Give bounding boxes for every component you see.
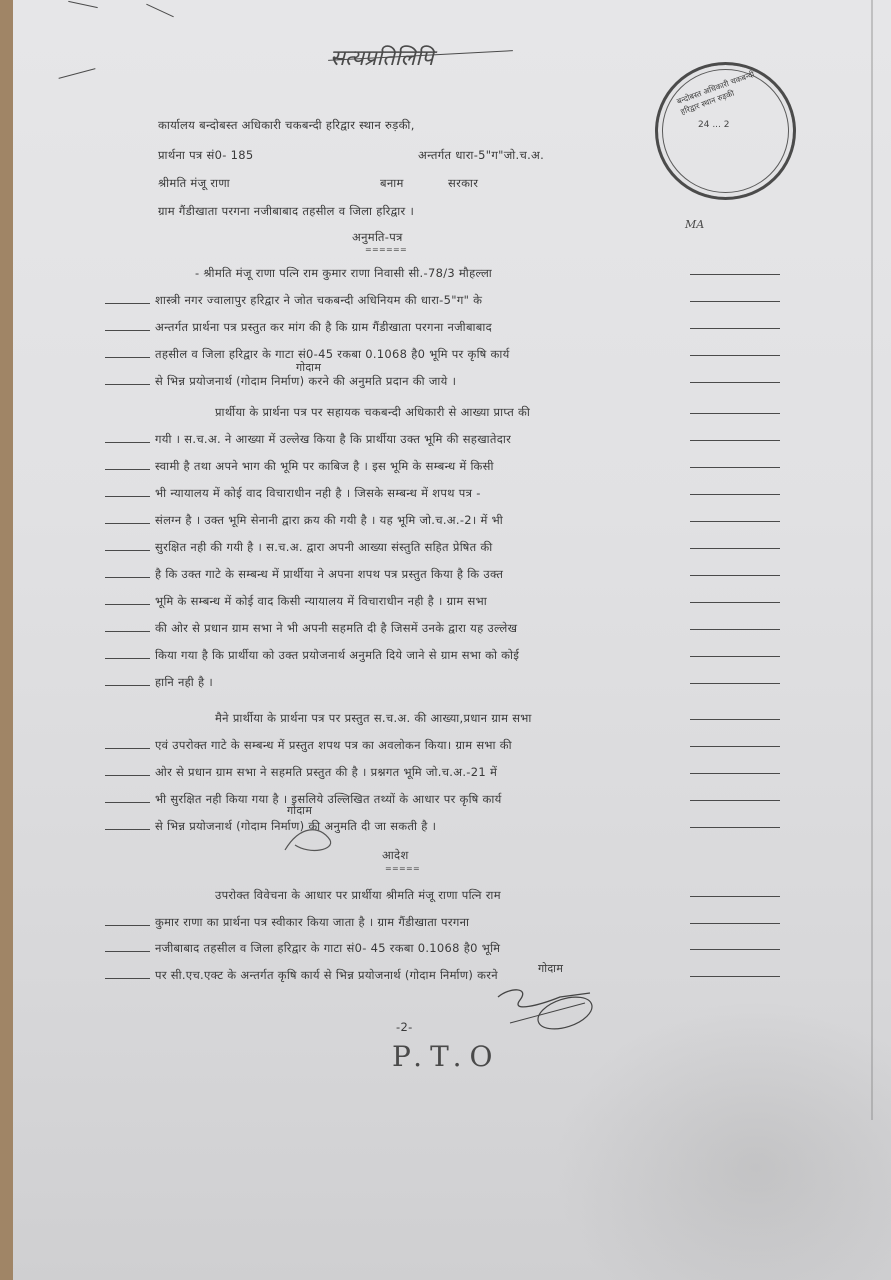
versus-label: बनाम: [380, 176, 404, 191]
text-line: प्रार्थीया के प्रार्थना पत्र पर सहायक चक…: [215, 405, 530, 420]
text-line: शास्त्री नगर ज्वालापुर हरिद्वार ने जोत च…: [155, 293, 482, 308]
filler-dash: [105, 775, 150, 776]
filler-dash: [690, 548, 780, 549]
filler-dash: [690, 467, 780, 468]
text-line: नजीबाबाद तहसील व जिला हरिद्वार के गाटा स…: [155, 941, 500, 956]
filler-dash: [690, 602, 780, 603]
filler-dash: [690, 949, 780, 950]
seal-inner-text: 24 ... 2: [698, 120, 729, 130]
text-line: संलग्न है । उक्त भूमि सेनानी द्वारा क्रय…: [155, 513, 503, 528]
text-line: ओर से प्रधान ग्राम सभा ने सहमति प्रस्तुत…: [155, 765, 497, 780]
filler-dash: [690, 800, 780, 801]
page-shadow: [553, 1000, 891, 1280]
filler-dash: [690, 328, 780, 329]
filler-dash: [105, 303, 150, 304]
filler-dash: [690, 301, 780, 302]
overwrite-word: गोदाम: [296, 360, 321, 375]
text-line: उपरोक्त विवेचना के आधार पर प्रार्थीया श्…: [215, 888, 501, 903]
text-line: तहसील व जिला हरिद्वार के गाटा सं0-45 रकब…: [155, 347, 510, 362]
application-number: प्रार्थना पत्र सं0- 185: [158, 148, 253, 163]
heading-underline: ======: [365, 245, 407, 254]
filler-dash: [105, 802, 150, 803]
filler-dash: [690, 896, 780, 897]
filler-dash: [690, 274, 780, 275]
filler-dash: [105, 357, 150, 358]
permission-heading: अनुमति-पत्र: [352, 230, 403, 245]
filler-dash: [690, 923, 780, 924]
signature: [490, 985, 600, 1045]
seal-outer-text: बन्दोबस्त अधिकारी चकबन्दी हरिद्वार स्थान…: [675, 63, 776, 118]
text-line: अन्तर्गत प्रार्थना पत्र प्रस्तुत कर मांग…: [155, 320, 492, 335]
handwritten-initials: MA: [685, 218, 704, 231]
text-line: की ओर से प्रधान ग्राम सभा ने भी अपनी सहम…: [155, 621, 517, 636]
text-line: एवं उपरोक्त गाटे के सम्बन्ध में प्रस्तुत…: [155, 738, 512, 753]
document-page: [13, 0, 891, 1280]
order-underline: =====: [385, 864, 420, 873]
filler-dash: [105, 523, 150, 524]
location-line: ग्राम गैंडीखाता परगना नजीबाबाद तहसील व ज…: [158, 204, 414, 219]
filler-dash: [690, 494, 780, 495]
text-line: - श्रीमति मंजू राणा पत्नि राम कुमार राणा…: [195, 266, 492, 281]
order-heading: आदेश: [382, 848, 409, 863]
text-line: है कि उक्त गाटे के सम्बन्ध में प्रार्थीय…: [155, 567, 503, 582]
signature-scribble: [280, 820, 340, 860]
filler-dash: [105, 577, 150, 578]
filler-dash: [690, 521, 780, 522]
respondent-name: सरकार: [448, 176, 478, 191]
filler-dash: [690, 355, 780, 356]
text-line: भी न्यायालय में कोई वाद विचाराधीन नही है…: [155, 486, 481, 501]
overwrite-word: गोदाम: [287, 803, 312, 818]
pto-note: P.T.O: [392, 1040, 500, 1073]
filler-dash: [690, 773, 780, 774]
filler-dash: [690, 746, 780, 747]
section-reference: अन्तर्गत धारा-5"ग"जो.च.अ.: [418, 148, 544, 163]
filler-dash: [690, 629, 780, 630]
official-seal: बन्दोबस्त अधिकारी चकबन्दी हरिद्वार स्थान…: [655, 62, 796, 200]
text-line: से भिन्न प्रयोजनार्थ (गोदाम निर्माण) करन…: [155, 374, 456, 389]
filler-dash: [105, 685, 150, 686]
petitioner-name: श्रीमति मंजू राणा: [158, 176, 230, 191]
filler-dash: [690, 976, 780, 977]
filler-dash: [105, 469, 150, 470]
filler-dash: [105, 748, 150, 749]
page-number: -2-: [396, 1020, 413, 1034]
filler-dash: [690, 382, 780, 383]
filler-dash: [105, 925, 150, 926]
text-line: भूमि के सम्बन्ध में कोई वाद किसी न्यायाल…: [155, 594, 487, 609]
filler-dash: [690, 656, 780, 657]
text-line: सुरक्षित नही की गयी है । स.च.अ. द्वारा अ…: [155, 540, 493, 555]
text-line: कुमार राणा का प्रार्थना पत्र स्वीकार किय…: [155, 915, 469, 930]
text-line: गयी । स.च.अ. ने आख्या में उल्लेख किया है…: [155, 432, 511, 447]
filler-dash: [690, 575, 780, 576]
filler-dash: [105, 496, 150, 497]
text-line: हानि नही है ।: [155, 675, 213, 690]
filler-dash: [105, 829, 150, 830]
filler-dash: [105, 550, 150, 551]
filler-dash: [690, 683, 780, 684]
overwrite-word: गोदाम: [538, 961, 563, 976]
filler-dash: [690, 719, 780, 720]
filler-dash: [105, 658, 150, 659]
filler-dash: [105, 951, 150, 952]
filler-dash: [105, 384, 150, 385]
text-line: स्वामी है तथा अपने भाग की भूमि पर काबिज …: [155, 459, 494, 474]
text-line: पर सी.एच.एक्ट के अन्तर्गत कृषि कार्य से …: [155, 968, 498, 983]
filler-dash: [690, 413, 780, 414]
filler-dash: [105, 442, 150, 443]
office-line: कार्यालय बन्दोबस्त अधिकारी चकबन्दी हरिद्…: [158, 118, 415, 133]
text-line: भी सुरक्षित नही किया गया है । इसलिये उल्…: [155, 792, 502, 807]
text-line: मैने प्रार्थीया के प्रार्थना पत्र पर प्र…: [215, 711, 532, 726]
filler-dash: [105, 330, 150, 331]
filler-dash: [105, 978, 150, 979]
filler-dash: [690, 440, 780, 441]
filler-dash: [105, 604, 150, 605]
page-edge: [871, 0, 873, 1120]
filler-dash: [690, 827, 780, 828]
filler-dash: [105, 631, 150, 632]
text-line: किया गया है कि प्रार्थीया को उक्त प्रयोज…: [155, 648, 519, 663]
